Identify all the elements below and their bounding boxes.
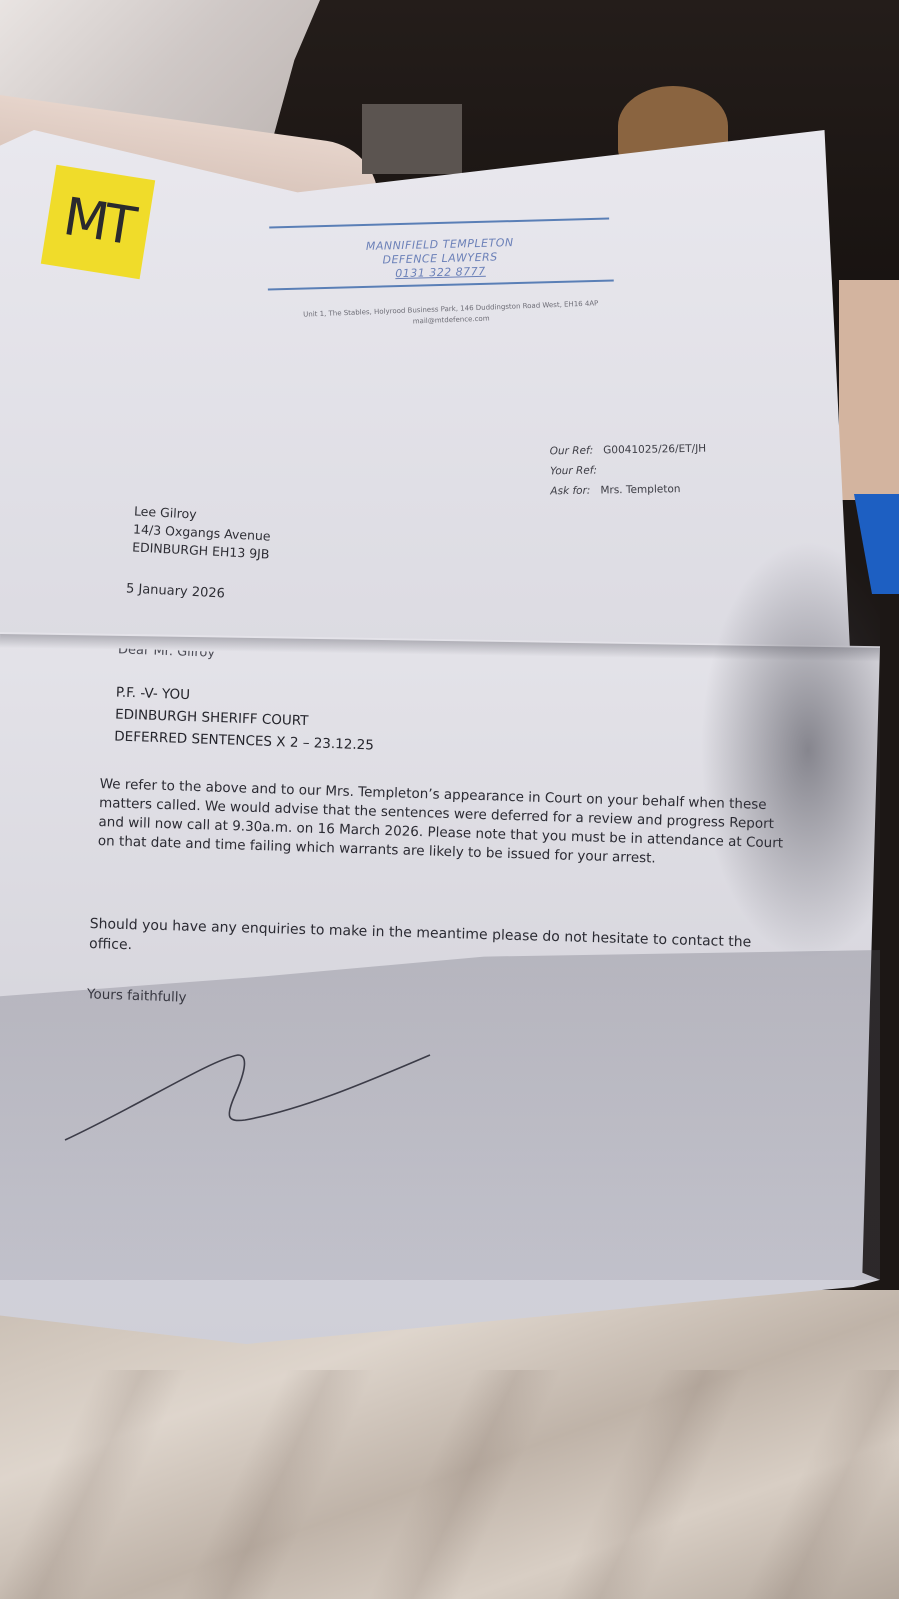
subject-block: P.F. -V- YOU EDINBURGH SHERIFF COURT DEF…	[114, 681, 376, 756]
our-ref-value: G0041025/26/ET/JH	[603, 443, 706, 457]
firm-logo: MT	[41, 165, 155, 279]
photo-background-hand	[839, 280, 899, 500]
your-ref-label: Your Ref:	[550, 465, 597, 478]
photo-shadow	[700, 540, 880, 960]
ask-for: Ask for:Mrs. Templeton	[550, 479, 707, 502]
our-ref-label: Our Ref:	[550, 445, 594, 458]
bedsheet-folds	[0, 1370, 899, 1599]
our-ref: Our Ref:G0041025/26/ET/JH	[549, 439, 706, 462]
photo-shadow	[0, 950, 880, 1280]
photo-background-object	[362, 104, 462, 174]
reference-block: Our Ref:G0041025/26/ET/JH Your Ref: Ask …	[549, 439, 707, 502]
your-ref: Your Ref:	[550, 459, 707, 482]
recipient-address: Lee Gilroy 14/3 Oxgangs Avenue EDINBURGH…	[132, 502, 272, 563]
letterhead: MANNIFIELD TEMPLETON DEFENCE LAWYERS 013…	[259, 217, 621, 290]
ask-for-value: Mrs. Templeton	[600, 483, 680, 496]
ask-for-label: Ask for:	[550, 485, 590, 498]
